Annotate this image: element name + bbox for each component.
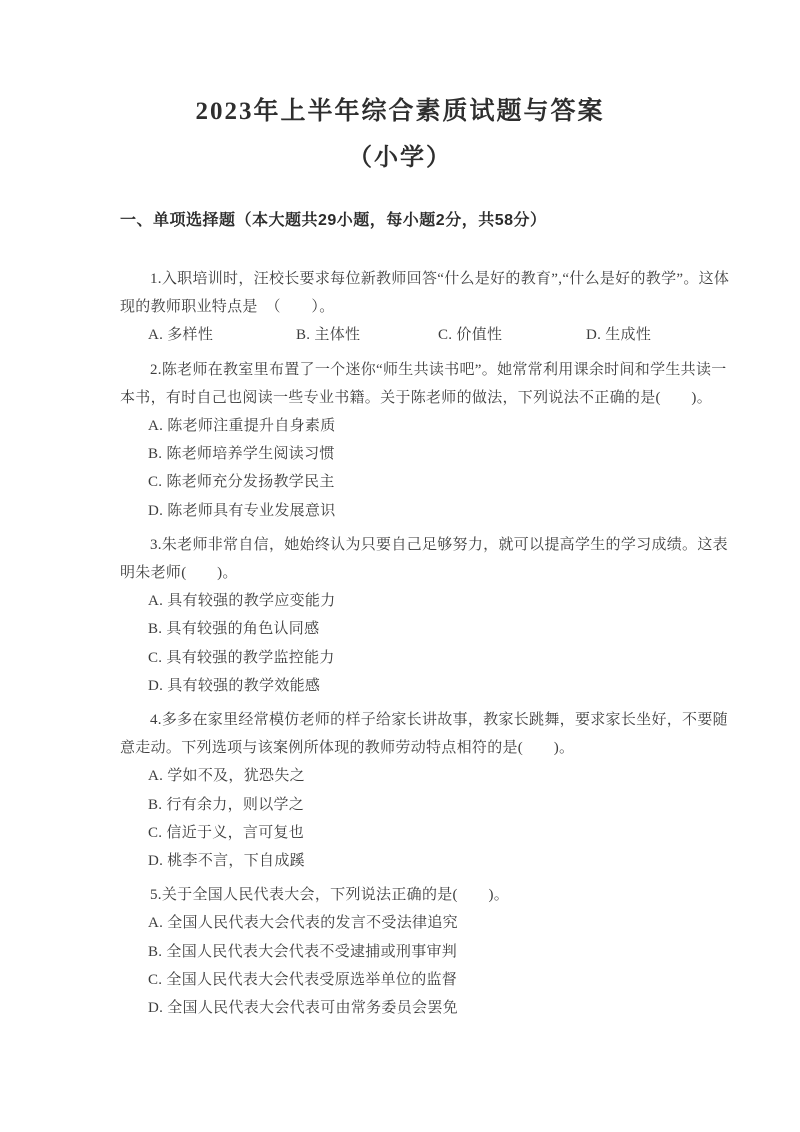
question-4-stem: 4.多多在家里经常模仿老师的样子给家长讲故事，教家长跳舞，要求家长坐好，不要随 … [120,706,690,762]
question-1-options: A. 多样性 B. 主体性 C. 价值性 D. 生成性 [120,321,690,349]
question-3-option-b: B. 具有较强的角色认同感 [120,615,690,643]
question-2-option-d: D. 陈老师具有专业发展意识 [120,497,690,525]
question-stem-line: 本书，有时自己也阅读一些专业书籍。关于陈老师的做法，下列说法不正确的是( )。 [120,384,690,412]
question-1: 1.入职培训时，汪校长要求每位新教师回答“什么是好的教育”,“什么是好的教学”。… [120,265,690,350]
question-2-stem: 2.陈老师在教室里布置了一个迷你“师生共读书吧”。她常常利用课余时间和学生共读一… [120,356,690,412]
question-2-option-b: B. 陈老师培养学生阅读习惯 [120,440,690,468]
question-3-option-d: D. 具有较强的教学效能感 [120,672,690,700]
question-5-stem: 5.关于全国人民代表大会，下列说法正确的是( )。 [120,881,690,909]
question-1-option-b: B. 主体性 [296,321,438,349]
question-5-option-d: D. 全国人民代表大会代表可由常务委员会罢免 [120,994,690,1022]
exam-document-page: 2023年上半年综合素质试题与答案 （小学） 一、单项选择题（本大题共29小题，… [0,0,800,1132]
document-subtitle: （小学） [0,142,800,174]
question-stem-line: 意走动。下列选项与该案例所体现的教师劳动特点相符的是( )。 [120,734,690,762]
question-4-options: A. 学如不及，犹恐失之 B. 行有余力，则以学之 C. 信近于义，言可复也 D… [120,762,690,875]
question-1-option-a: A. 多样性 [148,321,296,349]
question-2: 2.陈老师在教室里布置了一个迷你“师生共读书吧”。她常常利用课余时间和学生共读一… [120,356,690,525]
question-5-option-b: B. 全国人民代表大会代表不受逮捕或刑事审判 [120,938,690,966]
question-stem-line: 5.关于全国人民代表大会，下列说法正确的是( )。 [120,881,690,909]
question-3-option-c: C. 具有较强的教学监控能力 [120,644,690,672]
question-stem-line: 2.陈老师在教室里布置了一个迷你“师生共读书吧”。她常常利用课余时间和学生共读一 [120,356,690,384]
question-1-option-d: D. 生成性 [586,321,651,349]
question-4: 4.多多在家里经常模仿老师的样子给家长讲故事，教家长跳舞，要求家长坐好，不要随 … [120,706,690,875]
question-4-option-b: B. 行有余力，则以学之 [120,791,690,819]
question-stem-line: 4.多多在家里经常模仿老师的样子给家长讲故事，教家长跳舞，要求家长坐好，不要随 [120,706,690,734]
question-2-option-a: A. 陈老师注重提升自身素质 [120,412,690,440]
question-stem-line: 1.入职培训时，汪校长要求每位新教师回答“什么是好的教育”,“什么是好的教学”。… [120,265,690,293]
question-3-options: A. 具有较强的教学应变能力 B. 具有较强的角色认同感 C. 具有较强的教学监… [120,587,690,700]
question-2-options: A. 陈老师注重提升自身素质 B. 陈老师培养学生阅读习惯 C. 陈老师充分发扬… [120,412,690,525]
question-1-stem: 1.入职培训时，汪校长要求每位新教师回答“什么是好的教育”,“什么是好的教学”。… [120,265,690,321]
section-heading: 一、单项选择题（本大题共29小题，每小题2分，共58分） [120,210,690,232]
question-stem-line: 现的教师职业特点是 （ ）。 [120,293,690,321]
question-4-option-c: C. 信近于义，言可复也 [120,819,690,847]
question-2-option-c: C. 陈老师充分发扬教学民主 [120,468,690,496]
question-5-option-c: C. 全国人民代表大会代表受原选举单位的监督 [120,966,690,994]
question-3-stem: 3.朱老师非常自信，她始终认为只要自己足够努力，就可以提高学生的学习成绩。这表 … [120,531,690,587]
document-title: 2023年上半年综合素质试题与答案 [0,0,800,128]
question-4-option-a: A. 学如不及，犹恐失之 [120,762,690,790]
question-stem-line: 明朱老师( )。 [120,559,690,587]
question-5-option-a: A. 全国人民代表大会代表的发言不受法律追究 [120,909,690,937]
question-5-options: A. 全国人民代表大会代表的发言不受法律追究 B. 全国人民代表大会代表不受逮捕… [120,909,690,1022]
question-3-option-a: A. 具有较强的教学应变能力 [120,587,690,615]
question-stem-line: 3.朱老师非常自信，她始终认为只要自己足够努力，就可以提高学生的学习成绩。这表 [120,531,690,559]
question-3: 3.朱老师非常自信，她始终认为只要自己足够努力，就可以提高学生的学习成绩。这表 … [120,531,690,700]
question-1-option-c: C. 价值性 [438,321,586,349]
question-5: 5.关于全国人民代表大会，下列说法正确的是( )。 A. 全国人民代表大会代表的… [120,881,690,1022]
document-body: 一、单项选择题（本大题共29小题，每小题2分，共58分） 1.入职培训时，汪校长… [0,210,800,1022]
question-4-option-d: D. 桃李不言，下自成蹊 [120,847,690,875]
